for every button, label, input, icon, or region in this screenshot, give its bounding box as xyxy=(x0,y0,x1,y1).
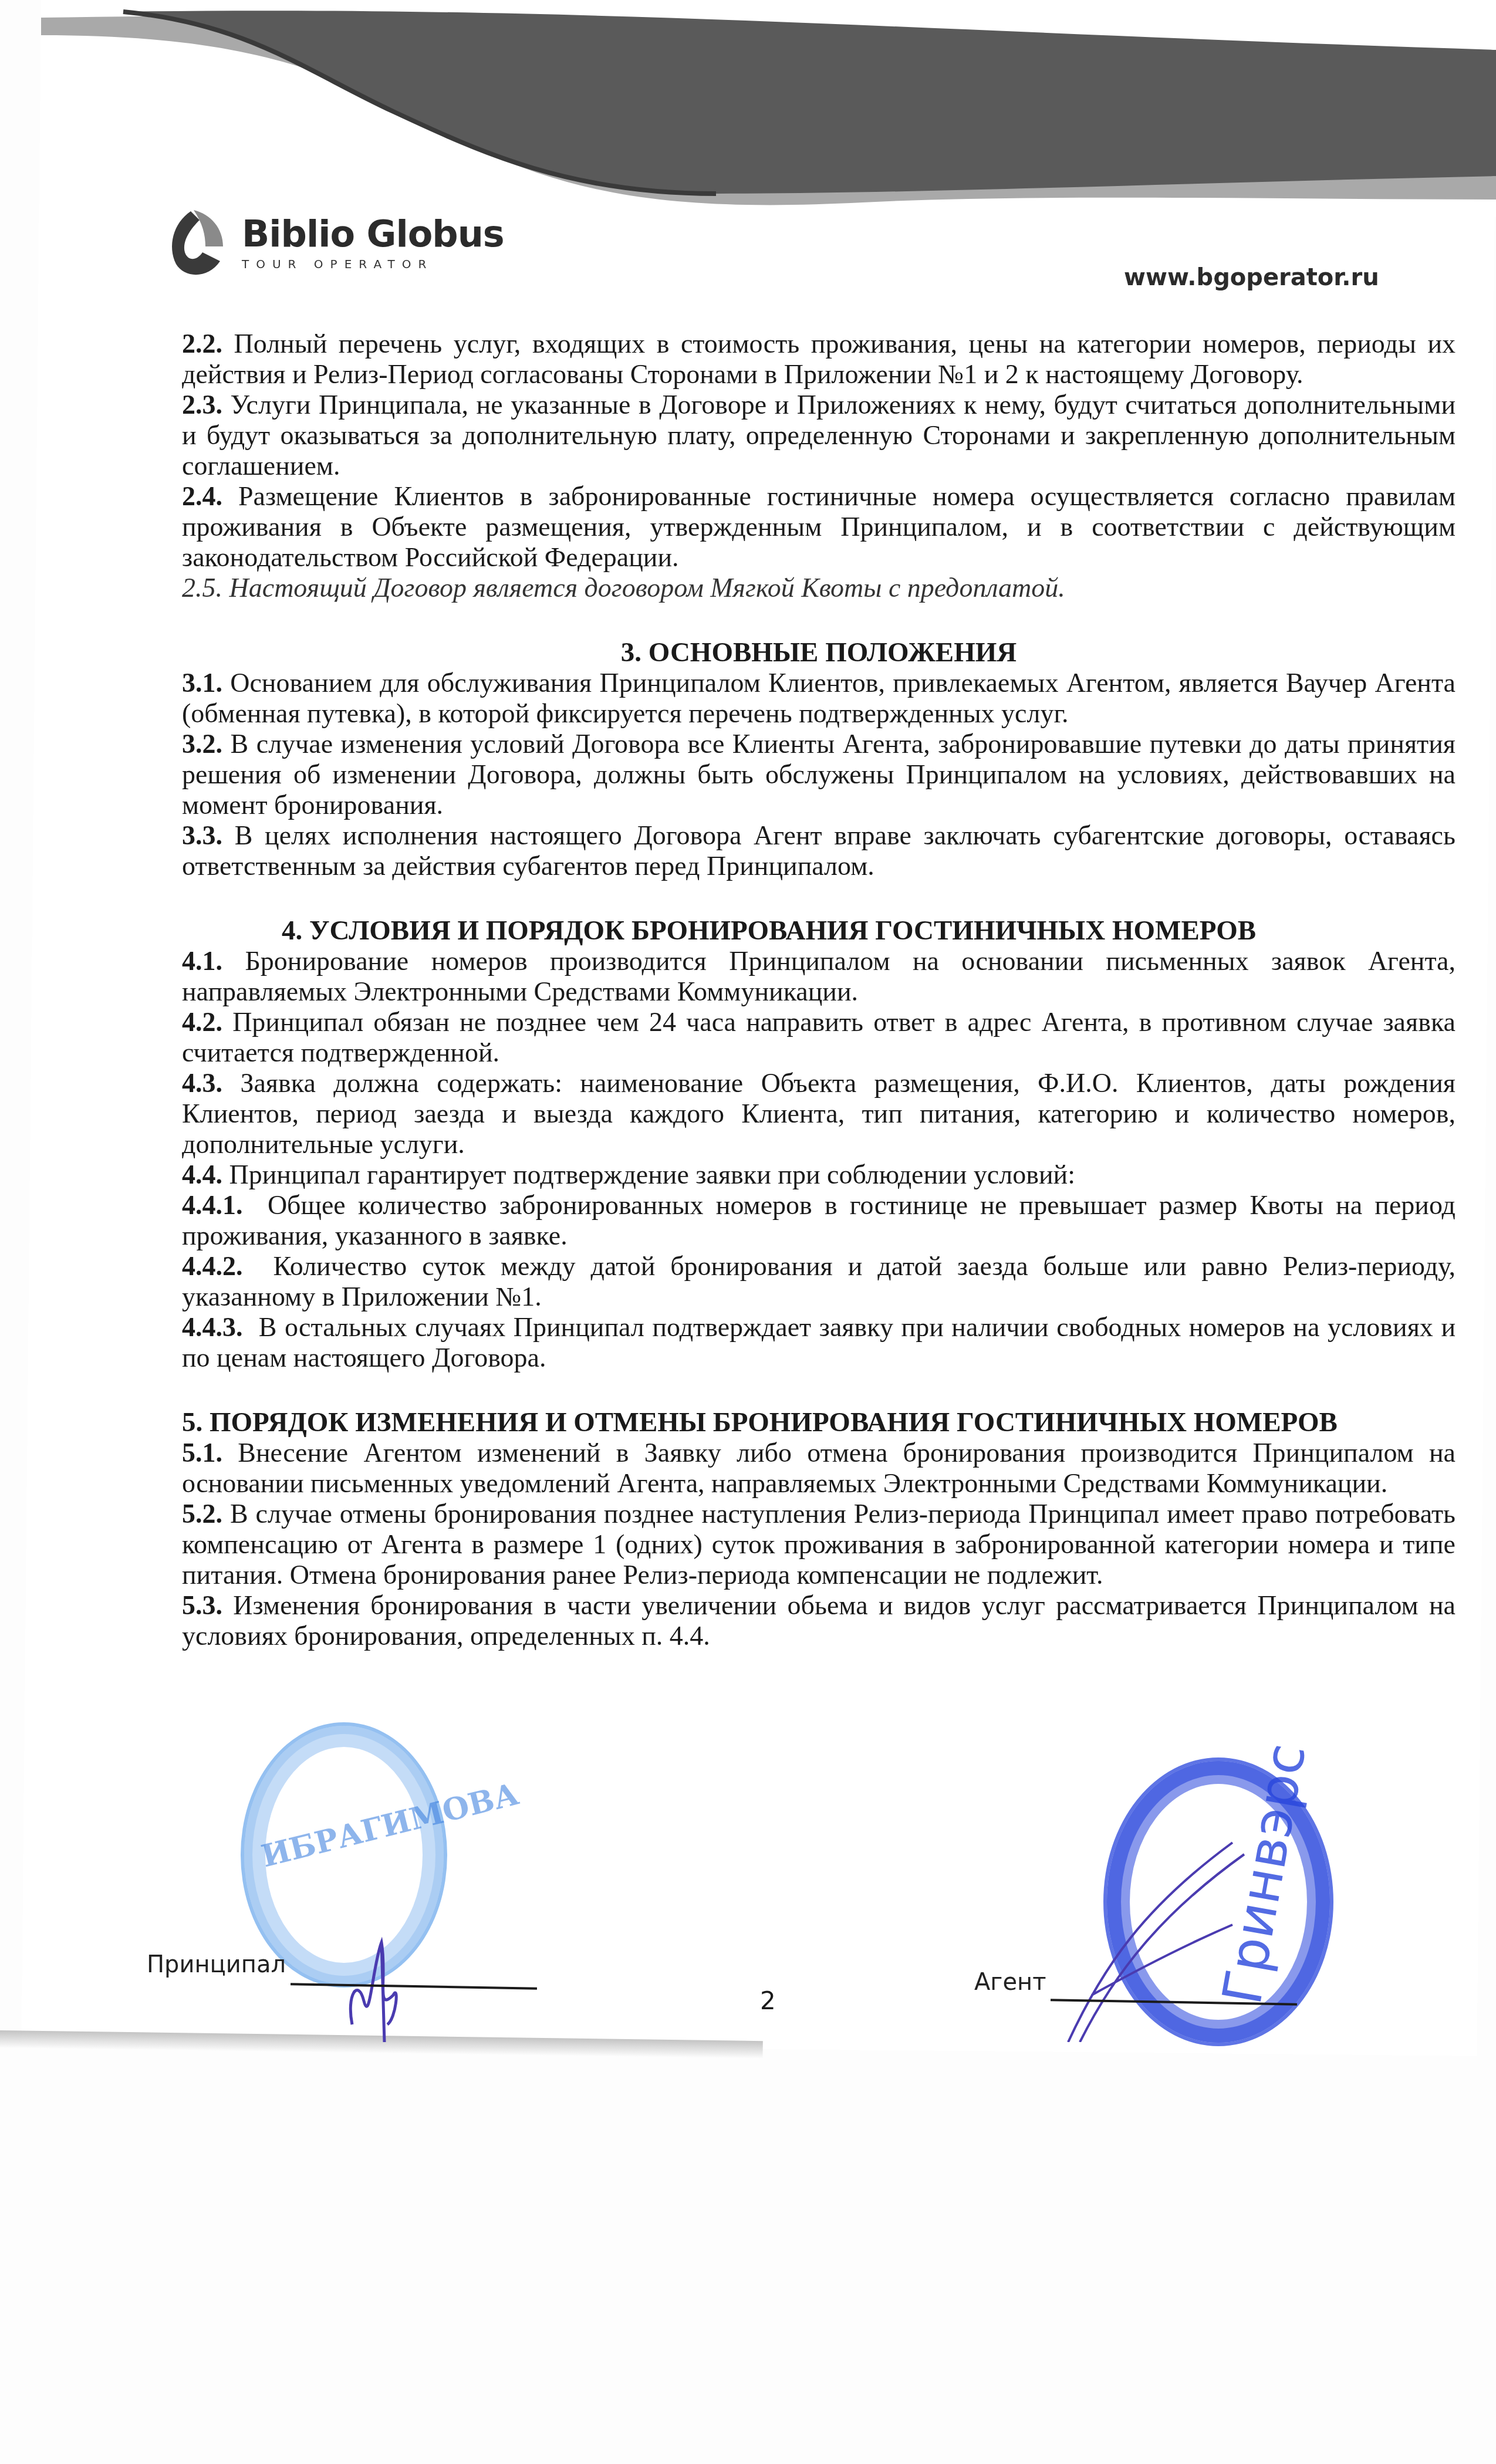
website-url: www.bgoperator.ru xyxy=(1124,264,1379,291)
agent-signature xyxy=(1056,1819,1262,2042)
clause-4-4-2: 4.4.2. Количество суток между датой брон… xyxy=(182,1251,1456,1312)
section-5-heading: 5. ПОРЯДОК ИЗМЕНЕНИЯ И ОТМЕНЫ БРОНИРОВАН… xyxy=(182,1407,1456,1438)
clause-4-4: 4.4. Принципал гарантирует подтверждение… xyxy=(182,1160,1456,1190)
biblio-globus-logo-icon xyxy=(167,205,229,282)
clause-2-3: 2.3. Услуги Принципала, не указанные в Д… xyxy=(182,390,1456,481)
section-3-heading: 3. ОСНОВНЫЕ ПОЛОЖЕНИЯ xyxy=(182,637,1456,668)
clause-3-3: 3.3. В целях исполнения настоящего Догов… xyxy=(182,820,1456,881)
brand-name: Biblio Globus xyxy=(242,216,504,252)
clause-4-2: 4.2. Принципал обязан не позднее чем 24 … xyxy=(182,1007,1456,1068)
section-4-heading: 4. УСЛОВИЯ И ПОРЯДОК БРОНИРОВАНИЯ ГОСТИН… xyxy=(182,915,1456,946)
clause-2-2: 2.2. Полный перечень услуг, входящих в с… xyxy=(182,329,1456,390)
document-body: 2.2. Полный перечень услуг, входящих в с… xyxy=(182,329,1456,1651)
clause-3-1: 3.1. Основанием для обслуживания Принцип… xyxy=(182,668,1456,729)
clause-4-4-3: 4.4.3. В остальных случаях Принципал под… xyxy=(182,1312,1456,1373)
principal-signature xyxy=(340,1907,411,2042)
clause-3-2: 3.2. В случае изменения условий Договора… xyxy=(182,729,1456,820)
clause-5-1: 5.1. Внесение Агентом изменений в Заявку… xyxy=(182,1438,1456,1499)
clause-4-3: 4.3. Заявка должна содержать: наименован… xyxy=(182,1068,1456,1160)
clause-5-2: 5.2. В случае отмены бронирования поздне… xyxy=(182,1499,1456,1590)
clause-5-3: 5.3. Изменения бронирования в части увел… xyxy=(182,1590,1456,1651)
clause-4-4-1: 4.4.1. Общее количество забронированных … xyxy=(182,1190,1456,1251)
clause-4-1: 4.1. Бронирование номеров производится П… xyxy=(182,946,1456,1007)
page-number: 2 xyxy=(760,1986,776,2015)
clause-2-4: 2.4. Размещение Клиентов в забронированн… xyxy=(182,481,1456,573)
header-wave-decoration xyxy=(41,0,1496,235)
agent-label: Агент xyxy=(974,1969,1046,1996)
brand-tagline: TOUR OPERATOR xyxy=(242,257,504,271)
clause-2-5: 2.5. Настоящий Договор является договоро… xyxy=(182,573,1456,603)
principal-label: Принципал xyxy=(147,1951,286,1978)
brand-logo: Biblio Globus TOUR OPERATOR xyxy=(167,205,504,282)
